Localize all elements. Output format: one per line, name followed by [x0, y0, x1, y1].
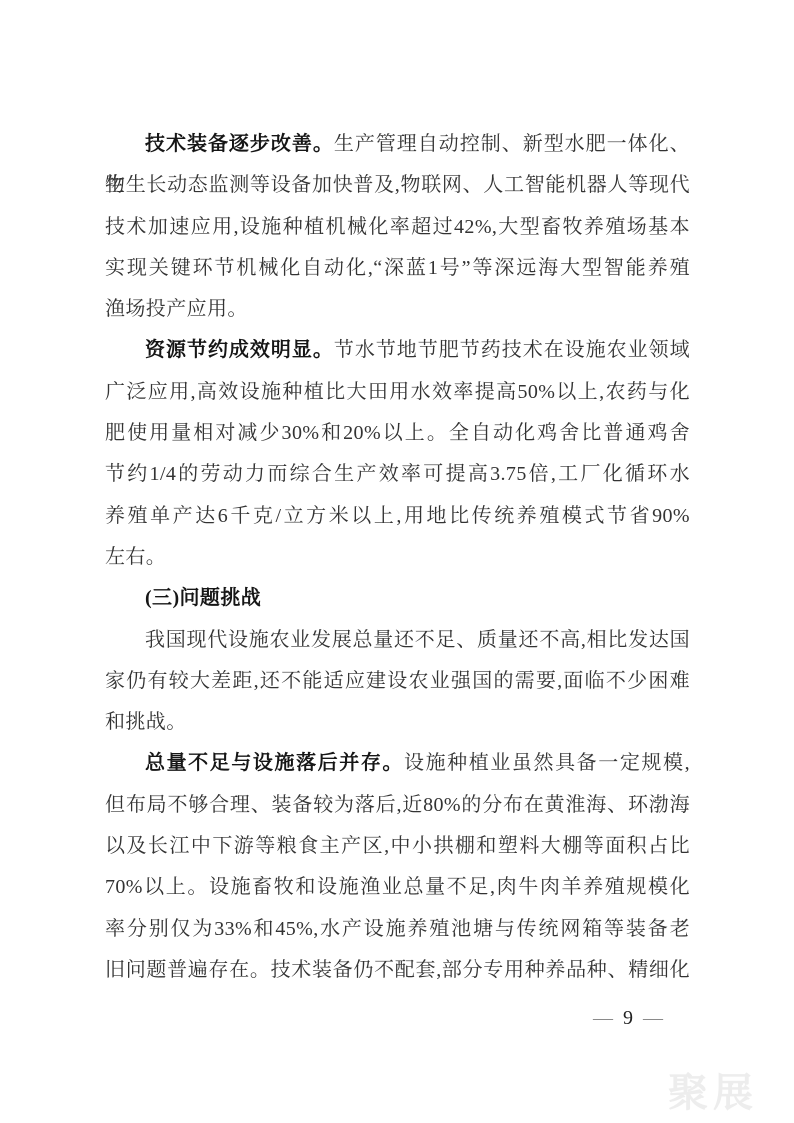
- page-number-dash-right: —: [643, 1007, 663, 1029]
- paragraph-line: 技术加速应用,设施种植机械化率超过42%,大型畜牧养殖场基本: [105, 207, 690, 248]
- paragraph-line: 70%以上。设施畜牧和设施渔业总量不足,肉牛肉羊养殖规模化: [105, 867, 690, 908]
- paragraph-line: 广泛应用,高效设施种植比大田用水效率提高50%以上,农药与化: [105, 372, 690, 413]
- paragraph-line: 实现关键环节机械化自动化,“深蓝1号”等深远海大型智能养殖: [105, 248, 690, 289]
- paragraph-lead-bold: 资源节约成效明显。: [145, 339, 334, 361]
- page-number-dash-left: —: [593, 1007, 613, 1029]
- watermark-logo: 聚展: [668, 1070, 758, 1116]
- page-number-value: 9: [623, 1007, 633, 1029]
- page-number: —9—: [593, 1006, 663, 1030]
- paragraph-line: 旧问题普遍存在。技术装备仍不配套,部分专用种养品种、精细化: [105, 950, 690, 991]
- document-body: 技术装备逐步改善。生产管理自动控制、新型水肥一体化、生 物生长动态监测等设备加快…: [105, 124, 690, 991]
- paragraph-line: 和挑战。: [105, 702, 690, 743]
- paragraph-line: 技术装备逐步改善。生产管理自动控制、新型水肥一体化、生: [105, 124, 690, 165]
- paragraph-lead-bold: 总量不足与设施落后并存。: [145, 752, 404, 774]
- paragraph-line: 总量不足与设施落后并存。设施种植业虽然具备一定规模,: [105, 743, 690, 784]
- paragraph-lead-bold: 技术装备逐步改善。: [145, 133, 334, 155]
- paragraph-line: 肥使用量相对减少30%和20%以上。全自动化鸡舍比普通鸡舍: [105, 413, 690, 454]
- paragraph-line: 家仍有较大差距,还不能适应建设农业强国的需要,面临不少困难: [105, 661, 690, 702]
- paragraph-line: 资源节约成效明显。节水节地节肥节药技术在设施农业领域: [105, 330, 690, 371]
- paragraph-line: 左右。: [105, 537, 690, 578]
- document-page: 技术装备逐步改善。生产管理自动控制、新型水肥一体化、生 物生长动态监测等设备加快…: [0, 0, 794, 1123]
- paragraph-line: 但布局不够合理、装备较为落后,近80%的分布在黄淮海、环渤海: [105, 785, 690, 826]
- paragraph-line: 物生长动态监测等设备加快普及,物联网、人工智能机器人等现代: [105, 165, 690, 206]
- paragraph-line: 以及长江中下游等粮食主产区,中小拱棚和塑料大棚等面积占比: [105, 826, 690, 867]
- paragraph-text: 设施种植业虽然具备一定规模,: [404, 752, 690, 774]
- paragraph-line: 渔场投产应用。: [105, 289, 690, 330]
- paragraph-line: 养殖单产达6千克/立方米以上,用地比传统养殖模式节省90%: [105, 496, 690, 537]
- paragraph-line: 率分别仅为33%和45%,水产设施养殖池塘与传统网箱等装备老: [105, 909, 690, 950]
- paragraph-text: 节水节地节肥节药技术在设施农业领域: [334, 339, 690, 361]
- paragraph-line: 我国现代设施农业发展总量还不足、质量还不高,相比发达国: [105, 620, 690, 661]
- paragraph-line: 节约1/4的劳动力而综合生产效率可提高3.75倍,工厂化循环水: [105, 454, 690, 495]
- section-heading: (三)问题挑战: [105, 578, 690, 619]
